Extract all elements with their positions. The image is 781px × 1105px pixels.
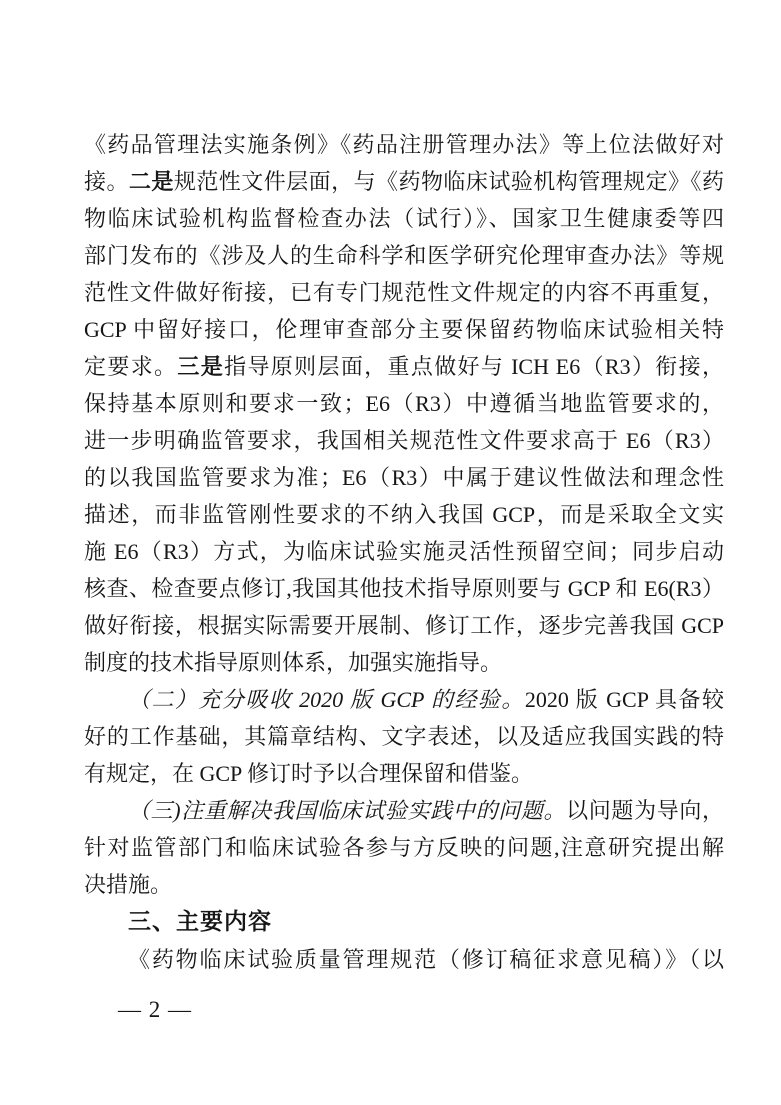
text-line: 《药物临床试验质量管理规范（修订稿征求意见稿）》（以 bbox=[84, 941, 724, 978]
text-line: 的以我国监管要求为准；E6（R3）中属于建议性做法和理念性 bbox=[84, 459, 724, 496]
text-segment: 《药物临床试验质量管理规范（修订稿征求意见稿）》（以 bbox=[128, 947, 724, 972]
document-page: 《药品管理法实施条例》《药品注册管理办法》等上位法做好对接。二是规范性文件层面，… bbox=[0, 0, 781, 1105]
text-line: 接。二是规范性文件层面，与《药物临床试验机构管理规定》《药 bbox=[84, 163, 724, 200]
text-segment: 核查、检查要点修订,我国其他技术指导原则要与 GCP 和 E6(R3） bbox=[84, 576, 724, 601]
text-segment: 以问题为导向， bbox=[566, 798, 724, 823]
text-segment: 接。 bbox=[84, 169, 129, 194]
text-segment: 施 E6（R3）方式，为临床试验实施灵活性预留空间；同步启动 bbox=[84, 539, 724, 564]
text-line: 制度的技术指导原则体系，加强实施指导。 bbox=[84, 644, 724, 681]
text-segment: （二）充分吸收 2020 版 GCP 的经验。 bbox=[128, 687, 525, 712]
text-segment: 二是 bbox=[129, 169, 174, 194]
text-segment: 的以我国监管要求为准；E6（R3）中属于建议性做法和理念性 bbox=[84, 465, 724, 490]
page-number: — 2 — bbox=[118, 997, 192, 1023]
text-line: 描述，而非监管刚性要求的不纳入我国 GCP，而是采取全文实 bbox=[84, 496, 724, 533]
text-segment: （三)注重解决我国临床试验实践中的问题。 bbox=[128, 798, 566, 823]
text-line: GCP 中留好接口，伦理审查部分主要保留药物临床试验相关特 bbox=[84, 311, 724, 348]
text-line: 有规定，在 GCP 修订时予以合理保留和借鉴。 bbox=[84, 755, 724, 792]
text-line: 范性文件做好衔接，已有专门规范性文件规定的内容不再重复， bbox=[84, 274, 724, 311]
text-line: 定要求。三是指导原则层面，重点做好与 ICH E6（R3）衔接， bbox=[84, 348, 724, 385]
text-segment: 物临床试验机构监督检查办法（试行）》、国家卫生健康委等四 bbox=[84, 206, 724, 231]
text-segment: 2020 版 GCP 具备较 bbox=[525, 687, 724, 712]
text-line: 针对监管部门和临床试验各参与方反映的问题,注意研究提出解 bbox=[84, 829, 724, 866]
text-segment: 指导原则层面，重点做好与 ICH E6（R3）衔接， bbox=[224, 354, 724, 379]
text-segment: 进一步明确监管要求，我国相关规范性文件要求高于 E6（R3） bbox=[84, 428, 724, 453]
text-line: 好的工作基础，其篇章结构、文字表述，以及适应我国实践的特 bbox=[84, 718, 724, 755]
text-line: 核查、检查要点修订,我国其他技术指导原则要与 GCP 和 E6(R3） bbox=[84, 570, 724, 607]
text-line: 《药品管理法实施条例》《药品注册管理办法》等上位法做好对 bbox=[84, 126, 724, 163]
text-segment: 保持基本原则和要求一致；E6（R3）中遵循当地监管要求的， bbox=[84, 391, 724, 416]
text-segment: 三、主要内容 bbox=[128, 909, 272, 935]
text-segment: 定要求。 bbox=[84, 354, 177, 379]
text-segment: 制度的技术指导原则体系，加强实施指导。 bbox=[84, 650, 502, 675]
text-line: （二）充分吸收 2020 版 GCP 的经验。2020 版 GCP 具备较 bbox=[84, 681, 724, 718]
text-line: 物临床试验机构监督检查办法（试行）》、国家卫生健康委等四 bbox=[84, 200, 724, 237]
text-line: 施 E6（R3）方式，为临床试验实施灵活性预留空间；同步启动 bbox=[84, 533, 724, 570]
text-line: 部门发布的《涉及人的生命科学和医学研究伦理审查办法》等规 bbox=[84, 237, 724, 274]
text-body: 《药品管理法实施条例》《药品注册管理办法》等上位法做好对接。二是规范性文件层面，… bbox=[84, 126, 724, 978]
text-segment: 决措施。 bbox=[84, 872, 172, 897]
text-segment: 描述，而非监管刚性要求的不纳入我国 GCP，而是采取全文实 bbox=[84, 502, 724, 527]
text-line: 保持基本原则和要求一致；E6（R3）中遵循当地监管要求的， bbox=[84, 385, 724, 422]
text-segment: 三是 bbox=[177, 354, 224, 379]
text-line: 决措施。 bbox=[84, 866, 724, 903]
text-segment: 针对监管部门和临床试验各参与方反映的问题,注意研究提出解 bbox=[84, 835, 724, 860]
text-segment: 有规定，在 GCP 修订时予以合理保留和借鉴。 bbox=[84, 761, 533, 786]
text-segment: GCP 中留好接口，伦理审查部分主要保留药物临床试验相关特 bbox=[84, 317, 724, 342]
text-segment: 范性文件做好衔接，已有专门规范性文件规定的内容不再重复， bbox=[84, 280, 724, 305]
text-segment: 部门发布的《涉及人的生命科学和医学研究伦理审查办法》等规 bbox=[84, 243, 724, 268]
text-line: 进一步明确监管要求，我国相关规范性文件要求高于 E6（R3） bbox=[84, 422, 724, 459]
text-segment: 做好衔接，根据实际需要开展制、修订工作，逐步完善我国 GCP bbox=[84, 613, 724, 638]
text-line: 做好衔接，根据实际需要开展制、修订工作，逐步完善我国 GCP bbox=[84, 607, 724, 644]
text-line: （三)注重解决我国临床试验实践中的问题。以问题为导向， bbox=[84, 792, 724, 829]
section-heading: 三、主要内容 bbox=[84, 903, 724, 941]
text-segment: 规范性文件层面，与《药物临床试验机构管理规定》《药 bbox=[174, 169, 724, 194]
text-segment: 《药品管理法实施条例》《药品注册管理办法》等上位法做好对 bbox=[84, 132, 724, 157]
text-segment: 好的工作基础，其篇章结构、文字表述，以及适应我国实践的特 bbox=[84, 724, 724, 749]
